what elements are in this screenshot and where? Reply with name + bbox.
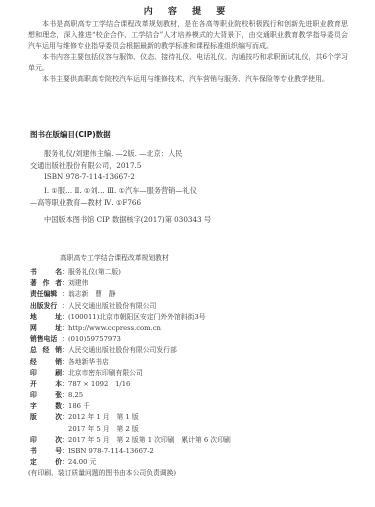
colophon-label-char: 张 bbox=[55, 390, 62, 401]
colophon-label: 定价 bbox=[30, 457, 62, 468]
colophon-row: 印张：8.25 bbox=[30, 390, 350, 401]
colophon-row: 印刷：北京市密东印刷有限公司 bbox=[30, 368, 350, 379]
colophon-label-char: 版 bbox=[30, 412, 37, 423]
cip-classification: —高等职业教育—教材 Ⅳ. ①F766 bbox=[30, 197, 230, 209]
colophon-value: 人民交通出版社股份有限公司发行部 bbox=[67, 345, 177, 356]
cip-classification: Ⅰ. ①服… Ⅱ. ①刘… Ⅲ. ①汽车—服务营销—礼仪 bbox=[30, 185, 230, 197]
colophon-row: 地址：(100011)北京市朝阳区安定门外外馆斜街3号 bbox=[30, 312, 350, 323]
colophon-label: 责任编辑 bbox=[30, 289, 62, 300]
colophon-label-char: 书 bbox=[30, 267, 37, 278]
colophon-label-char: 址 bbox=[55, 312, 62, 323]
colophon-label-char: 总 bbox=[30, 345, 37, 356]
colophon-label-char: 印 bbox=[30, 390, 37, 401]
colophon-value: ISBN 978-7-114-13667-2 bbox=[67, 446, 154, 457]
colophon-value: 服务礼仪(第二版) bbox=[67, 267, 121, 278]
colophon-label-char: 号 bbox=[55, 446, 62, 457]
colophon-value: 翁志新 曹 静 bbox=[67, 289, 116, 300]
copyright-page: 内 容 提 要 本书是高职高专工学结合课程改革规划教材，是在各高等职业院校积极践… bbox=[0, 0, 375, 507]
colophon-value: (010)59757973 bbox=[67, 334, 121, 345]
colophon-label-char: 地 bbox=[30, 312, 37, 323]
colophon-label-char: 著 bbox=[30, 278, 37, 289]
colophon-label: 著作者 bbox=[30, 278, 62, 289]
colophon-label-char: 次 bbox=[55, 435, 62, 446]
colophon-row: 开本：787 × 1092 1/16 bbox=[30, 379, 350, 390]
colophon-label-char: 刷 bbox=[55, 368, 62, 379]
colophon-label-char: 经 bbox=[43, 345, 50, 356]
colophon-value: 北京市密东印刷有限公司 bbox=[67, 368, 143, 379]
cip-entry-line: 服务礼仪/刘建伟主编. —2版. —北京：人民 bbox=[30, 148, 230, 160]
colophon-label-char: 销 bbox=[55, 345, 62, 356]
colophon-label-char: 经 bbox=[30, 357, 37, 368]
cip-record-number: 中国版本图书馆 CIP 数据核字(2017)第 030343 号 bbox=[30, 214, 230, 225]
colophon-label: 总经销 bbox=[30, 345, 62, 356]
colophon-label: 出版发行 bbox=[30, 301, 62, 312]
colophon-label-char: 本 bbox=[55, 379, 62, 390]
colophon-row: 2017 年 5 月 第 2 版 bbox=[30, 424, 350, 435]
colophon-label-char: 定 bbox=[30, 457, 37, 468]
colophon-row: 版次：2012 年 1 月 第 1 版 bbox=[30, 412, 350, 423]
summary-paragraph: 本书是高职高专工学结合课程改革规划教材，是在各高等职业院校积极践行和创新先进职业… bbox=[28, 19, 348, 52]
colophon-label: 印张 bbox=[30, 390, 62, 401]
colophon-value: (100011)北京市朝阳区安定门外外馆斜街3号 bbox=[67, 312, 206, 323]
colophon-label-char: 销售电话 bbox=[30, 334, 57, 345]
colophon-row: 总经销：人民交通出版社股份有限公司发行部 bbox=[30, 345, 350, 356]
colophon-label: 印刷 bbox=[30, 368, 62, 379]
colophon-label: 书名 bbox=[30, 267, 62, 278]
colophon-label-char: 书 bbox=[30, 446, 37, 457]
colophon-label-char: 销 bbox=[55, 357, 62, 368]
colophon-label: 网址 bbox=[30, 323, 62, 334]
colophon-value: 刘建伟 bbox=[67, 278, 88, 289]
colophon-value: 787 × 1092 1/16 bbox=[67, 379, 130, 390]
colophon-label-char: 网 bbox=[30, 323, 37, 334]
colophon-label-char: 责任编辑 bbox=[30, 289, 57, 300]
colophon-label: 书号 bbox=[30, 446, 62, 457]
colophon-value: 2017 年 5 月 第 2 版第 1 次印刷 累计第 6 次印刷 bbox=[67, 435, 231, 446]
colophon-row: 出版发行：人民交通出版社股份有限公司 bbox=[30, 301, 350, 312]
colophon-block: 高职高专工学结合课程改革规划教材 书名：服务礼仪(第二版)著作者：刘建伟责任编辑… bbox=[30, 253, 350, 479]
colophon-row: 定价：24.00 元 bbox=[30, 457, 350, 468]
colophon-value: 186 千 bbox=[67, 401, 90, 412]
colophon-label-char: 字 bbox=[30, 401, 37, 412]
colophon-label: 经销 bbox=[30, 357, 62, 368]
colophon-label: 版次 bbox=[30, 412, 62, 423]
colophon-label: 印次 bbox=[30, 435, 62, 446]
colophon-row: 网址：http://www.ccpress.com.cn bbox=[30, 323, 350, 334]
colophon-label-char: 者 bbox=[55, 278, 62, 289]
content-summary: 本书是高职高专工学结合课程改革规划教材，是在各高等职业院校积极践行和创新先进职业… bbox=[28, 19, 348, 85]
colophon-row: 经销：各地新华书店 bbox=[30, 357, 350, 368]
colophon-row: 书号：ISBN 978-7-114-13667-2 bbox=[30, 446, 350, 457]
colophon-label-char: 次 bbox=[55, 412, 62, 423]
colophon-label: 销售电话 bbox=[30, 334, 62, 345]
series-name: 高职高专工学结合课程改革规划教材 bbox=[60, 253, 350, 264]
colophon-label: 开本 bbox=[30, 379, 62, 390]
colophon-row: 书名：服务礼仪(第二版) bbox=[30, 267, 350, 278]
colophon-value: http://www.ccpress.com.cn bbox=[67, 323, 161, 334]
summary-paragraph: 本书主要供高职高专院校汽车运用与维修技术、汽车营销与服务、汽车保险等专业教学使用… bbox=[28, 74, 348, 85]
cip-data-block: 图书在版编目(CIP)数据 服务礼仪/刘建伟主编. —2版. —北京：人民 交通… bbox=[30, 129, 230, 225]
colophon-value: 8.25 bbox=[67, 390, 83, 401]
colophon-value: 2017 年 5 月 第 2 版 bbox=[67, 424, 139, 435]
colophon-value: 2012 年 1 月 第 1 版 bbox=[67, 412, 139, 423]
colophon-row: 责任编辑：翁志新 曹 静 bbox=[30, 289, 350, 300]
colophon-row: 销售电话：(010)59757973 bbox=[30, 334, 350, 345]
cip-isbn: ISBN 978-7-114-13667-2 bbox=[44, 171, 230, 182]
colophon-label-char: 价 bbox=[55, 457, 62, 468]
colophon-label-char: 名 bbox=[55, 267, 62, 278]
colophon-value: 各地新华书店 bbox=[67, 357, 109, 368]
colophon-value: 人民交通出版社股份有限公司 bbox=[67, 301, 156, 312]
quality-disclaimer: (有印刷、装订质量问题的图书由本公司负责调换) bbox=[28, 468, 350, 479]
colophon-label-char: 出版发行 bbox=[30, 301, 57, 312]
colophon-label-char: 作 bbox=[43, 278, 50, 289]
colophon-rows: 书名：服务礼仪(第二版)著作者：刘建伟责任编辑：翁志新 曹 静出版发行：人民交通… bbox=[30, 267, 350, 468]
summary-paragraph: 本书内容主要包括仪容与服饰、仪态、接待礼仪、电话礼仪、沟通技巧和求职面试礼仪，共… bbox=[28, 52, 348, 74]
colophon-label-char: 址 bbox=[55, 323, 62, 334]
colophon-label: 字数 bbox=[30, 401, 62, 412]
colophon-row: 字数：186 千 bbox=[30, 401, 350, 412]
colophon-label-char: 数 bbox=[55, 401, 62, 412]
colophon-label-char: 开 bbox=[30, 379, 37, 390]
summary-title: 内 容 提 要 bbox=[0, 4, 375, 17]
colophon-row: 著作者：刘建伟 bbox=[30, 278, 350, 289]
colophon-row: 印次：2017 年 5 月 第 2 版第 1 次印刷 累计第 6 次印刷 bbox=[30, 435, 350, 446]
cip-entry-line: 交通出版社股份有限公司，2017.5 bbox=[30, 160, 230, 172]
colophon-label-char: 印 bbox=[30, 368, 37, 379]
colophon-label: 地址 bbox=[30, 312, 62, 323]
colophon-value: 24.00 元 bbox=[67, 457, 96, 468]
cip-heading: 图书在版编目(CIP)数据 bbox=[30, 129, 230, 140]
colophon-label-char: 印 bbox=[30, 435, 37, 446]
